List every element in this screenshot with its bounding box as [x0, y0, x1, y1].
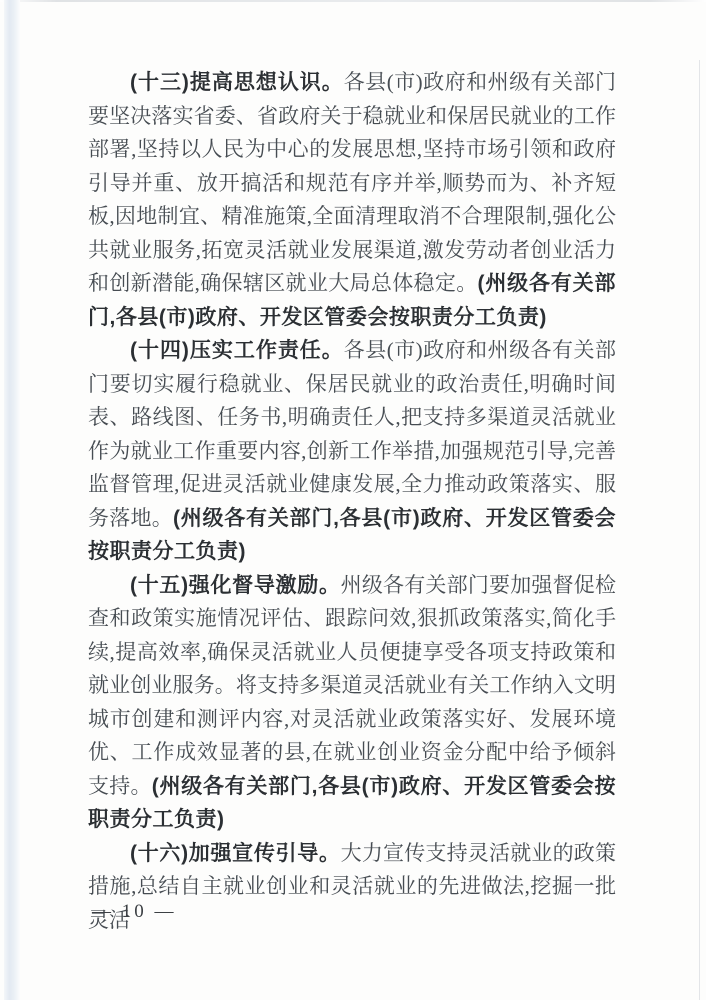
scanned-document-page: { "page": { "footer_text": "— 10 —", "pa…: [0, 0, 706, 1000]
paragraph-13: (十三)提高思想认识。各县(市)政府和州级有关部门要坚决落实省委、省政府关于稳就…: [88, 66, 616, 334]
page-footer: — 10 —: [92, 901, 177, 923]
scan-right-edge-artifact: [699, 60, 700, 1000]
paragraph-14-heading: (十四)压实工作责任。: [130, 339, 344, 362]
paragraph-13-body: 各县(市)政府和州级有关部门要坚决落实省委、省政府关于稳就业和保居民就业的工作部…: [88, 70, 616, 295]
scan-top-edge-artifact: [0, 0, 706, 2]
paragraph-15-responsibility-note: (州级各有关部门,各县(市)政府、开发区管委会按职责分工负责): [88, 775, 616, 832]
paragraph-14: (十四)压实工作责任。各县(市)政府和州级各有关部门要切实履行稳就业、保居民就业…: [88, 334, 616, 569]
document-text-block: (十三)提高思想认识。各县(市)政府和州级有关部门要坚决落实省委、省政府关于稳就…: [88, 66, 616, 937]
scan-left-band-artifact: [4, 0, 20, 1000]
page-number-with-dashes: — 10 —: [92, 901, 177, 922]
paragraph-15: (十五)强化督导激励。州级各有关部门要加强督促检查和政策实施情况评估、跟踪问效,…: [88, 569, 616, 837]
paragraph-15-heading: (十五)强化督导激励。: [130, 574, 341, 597]
paragraph-15-body: 州级各有关部门要加强督促检查和政策实施情况评估、跟踪问效,狠抓政策落实,简化手续…: [88, 573, 616, 798]
paragraph-13-heading: (十三)提高思想认识。: [130, 71, 344, 94]
paragraph-16-heading: (十六)加强宣传引导。: [130, 842, 341, 865]
paragraph-14-body: 各县(市)政府和州级各有关部门要切实履行稳就业、保居民就业的政治责任,明确时间表…: [88, 338, 616, 530]
